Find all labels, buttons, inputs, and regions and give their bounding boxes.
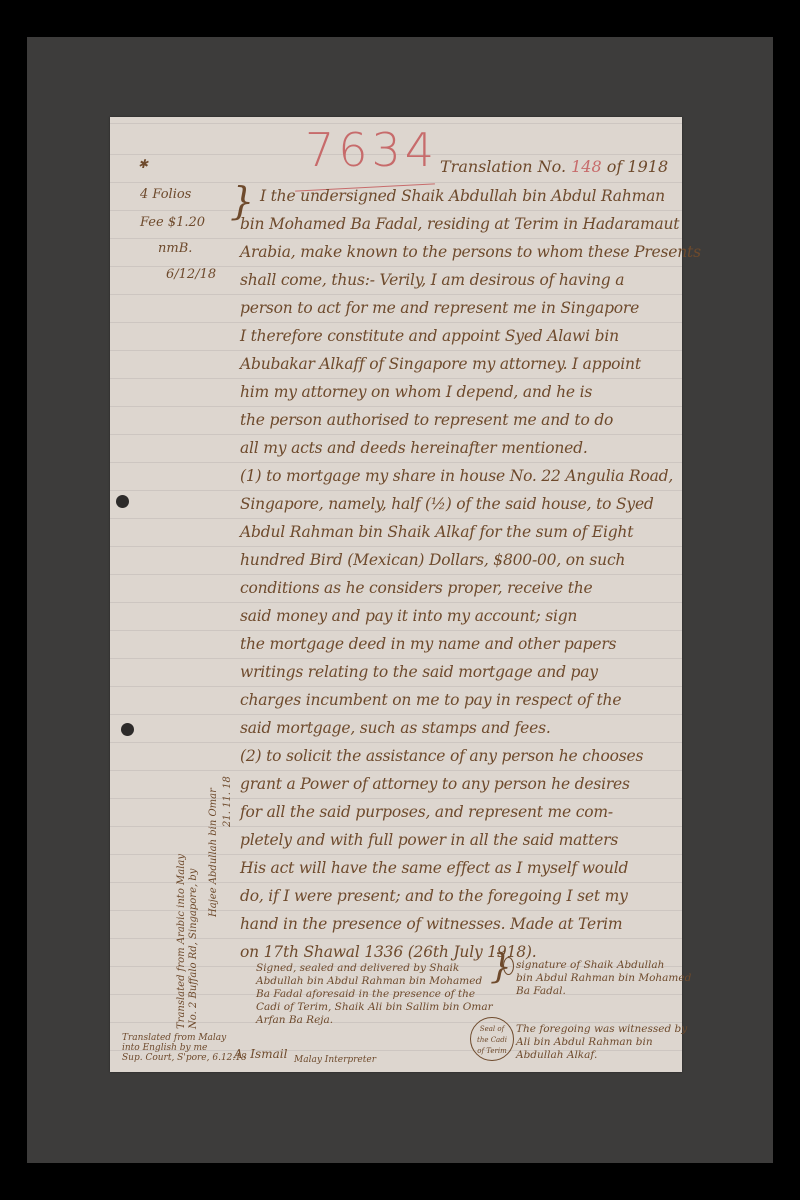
execution-line: Arfan Ba Reja. (256, 1014, 333, 1026)
body-line: hand in the presence of witnesses. Made … (240, 915, 622, 933)
vertical-note-line: Translated from Arabic into Malay (176, 854, 187, 1029)
execution-line: Cadi of Terim, Shaik Ali bin Sallim bin … (256, 1001, 493, 1013)
body-line: do, if I were present; and to the forego… (240, 887, 628, 905)
translation-header: Translation No. 148 of 1918 (440, 157, 668, 176)
registration-number: 7634 (305, 123, 438, 177)
witness-line: Ali bin Abdul Rahman bin (516, 1036, 653, 1048)
translation-year: of 1918 (602, 157, 668, 176)
body-line: said mortgage, such as stamps and fees. (240, 719, 551, 737)
document-page: ✱ 7634 Translation No. 148 of 1918 4 Fol… (110, 117, 682, 1072)
witness-line: The foregoing was witnessed by (516, 1023, 687, 1035)
body-line: His act will have the same effect as I m… (240, 859, 628, 877)
margin-initials: nmB. (158, 241, 192, 256)
execution-line: Ba Fadal aforesaid in the presence of th… (256, 988, 475, 1000)
body-line: conditions as he considers proper, recei… (240, 579, 593, 597)
execution-line: Signed, sealed and delivered by Shaik (256, 962, 459, 974)
margin-folios: 4 Folios (140, 187, 191, 202)
body-line: (1) to mortgage my share in house No. 22… (240, 467, 673, 485)
body-line: bin Mohamed Ba Fadal, residing at Terim … (240, 215, 679, 233)
vertical-note-date: 21. 11. 18 (222, 776, 233, 827)
body-line: person to act for me and represent me in… (240, 299, 639, 317)
witness-line: Abdullah Alkaf. (516, 1049, 597, 1061)
punch-hole-lower (121, 723, 134, 736)
seal-line: of Terim (471, 1046, 513, 1057)
translation-number: 148 (571, 157, 602, 176)
body-line: shall come, thus:- Verily, I am desirous… (240, 271, 624, 289)
body-line: Abdul Rahman bin Shaik Alkaf for the sum… (240, 523, 633, 541)
body-line: grant a Power of attorney to any person … (240, 775, 630, 793)
translator-signature: A. Ismail (234, 1047, 287, 1061)
seal-line: Seal of (471, 1024, 513, 1035)
vertical-note-signer: Hajee Abdullah bin Omar (208, 788, 219, 917)
seal-line: the Cadi (471, 1035, 513, 1046)
translator-line: Sup. Court, S'pore, 6.12.18 (122, 1053, 247, 1063)
body-line: the person authorised to represent me an… (240, 411, 613, 429)
translator-line: Translated from Malay (122, 1033, 226, 1043)
body-line: Singapore, namely, half (½) of the said … (240, 495, 654, 513)
body-line: I therefore constitute and appoint Syed … (240, 327, 619, 345)
translator-title: Malay Interpreter (294, 1055, 376, 1065)
body-line: him my attorney on whom I depend, and he… (240, 383, 592, 401)
body-line: I the undersigned Shaik Abdullah bin Abd… (260, 187, 665, 205)
vertical-note-line: No. 2 Buffalo Rd, Singapore, by (188, 869, 199, 1029)
body-line: Abubakar Alkaff of Singapore my attorney… (240, 355, 641, 373)
cadi-seal: Seal of the Cadi of Terim (470, 1017, 514, 1061)
body-line: pletely and with full power in all the s… (240, 831, 618, 849)
signature-line: Ba Fadal. (516, 985, 566, 997)
translator-line: into English by me (122, 1043, 207, 1053)
body-line: for all the said purposes, and represent… (240, 803, 613, 821)
punch-hole-upper (116, 495, 129, 508)
body-line: said money and pay it into my account; s… (240, 607, 577, 625)
body-line: all my acts and deeds hereinafter mentio… (240, 439, 588, 457)
signature-mark (503, 957, 514, 975)
execution-line: Abdullah bin Abdul Rahman bin Mohamed (256, 975, 482, 987)
signature-line: bin Abdul Rahman bin Mohamed (516, 972, 691, 984)
body-line: writings relating to the said mortgage a… (240, 663, 598, 681)
star-mark-icon: ✱ (138, 157, 148, 171)
body-line: Arabia, make known to the persons to who… (240, 243, 701, 261)
margin-date: 6/12/18 (166, 267, 216, 282)
translation-prefix: Translation No. (440, 157, 571, 176)
body-line: (2) to solicit the assistance of any per… (240, 747, 643, 765)
body-line: hundred Bird (Mexican) Dollars, $800-00,… (240, 551, 625, 569)
body-line: the mortgage deed in my name and other p… (240, 635, 616, 653)
signature-line: signature of Shaik Abdullah (516, 959, 664, 971)
body-line: charges incumbent on me to pay in respec… (240, 691, 621, 709)
margin-fee: Fee $1.20 (140, 215, 205, 230)
